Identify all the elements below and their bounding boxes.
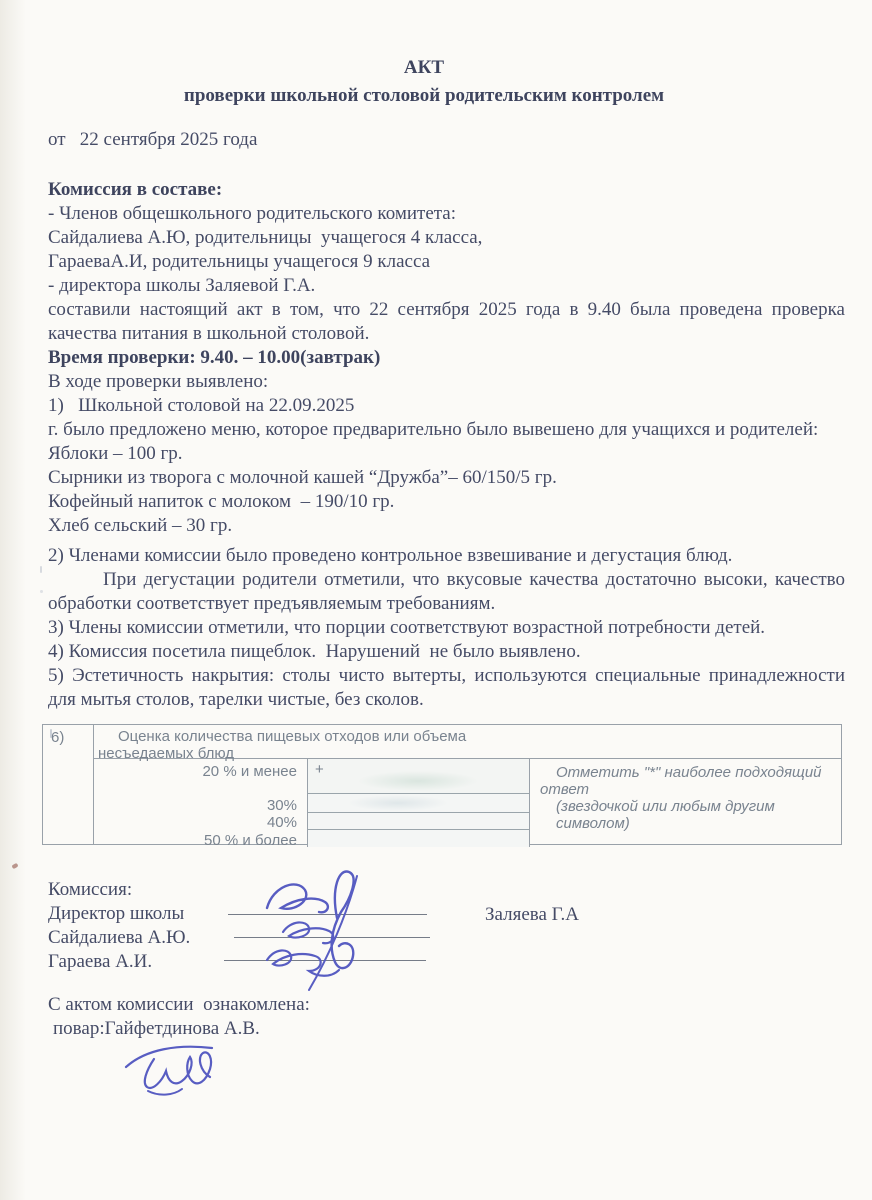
option-labels: 20 % и менее 30% 40% 50 % и более xyxy=(94,759,307,847)
option-label: 50 % и более xyxy=(94,830,297,847)
food-waste-table: 6) Оценка количества пищевых отходов или… xyxy=(42,724,842,845)
criterion-line-1: Оценка количества пищевых отходов или об… xyxy=(94,728,841,745)
finding-1-paragraph: г. было предложено меню, которое предвар… xyxy=(48,418,845,442)
cook-signature-ink xyxy=(118,1037,228,1101)
signer-role: Гараева А.И. xyxy=(48,950,845,974)
findings-heading: В ходе проверки выявлено: xyxy=(48,370,845,394)
option-mark-boxes: + xyxy=(307,759,530,847)
table-note: Отметить "*" наиболее подходящий ответ (… xyxy=(530,759,841,847)
signature-line xyxy=(228,914,427,915)
commission-member: Сайдалиева А.Ю, родительницы учащегося 4… xyxy=(48,226,845,250)
scan-artifact xyxy=(40,590,43,593)
scan-artifact xyxy=(11,863,18,869)
acknowledgement-block: С актом комиссии ознакомлена: повар:Гайф… xyxy=(48,993,845,1113)
document-title: АКТ xyxy=(48,56,800,80)
signature-line xyxy=(234,937,430,938)
commission-member: - директора школы Заляевой Г.А. xyxy=(48,274,845,298)
scanned-act-document: АКТ проверки школьной столовой родительс… xyxy=(0,0,872,1200)
note-line-1: Отметить "*" наиболее подходящий ответ xyxy=(540,764,835,798)
finding-3: 3) Члены комиссии отметили, что порции с… xyxy=(48,616,845,640)
signer-role: Сайдалиева А.Ю. xyxy=(48,926,845,950)
option-label: 40% xyxy=(94,813,297,830)
finding-1-title: 1) Школьной столовой на 22.09.2025 xyxy=(48,394,845,418)
menu-item: Сырники из творога с молочной кашей “Дру… xyxy=(48,466,845,490)
table-criterion: Оценка количества пищевых отходов или об… xyxy=(94,725,841,759)
option-label: 20 % и менее xyxy=(94,759,297,794)
director-name: Заляева Г.А xyxy=(485,903,579,927)
finding-2-paragraph: При дегустации родители отметили, что вк… xyxy=(48,568,845,616)
mark-cell: + xyxy=(308,759,529,794)
document-subtitle: проверки школьной столовой родительским … xyxy=(48,84,800,108)
commission-member: - Членов общешкольного родительского ком… xyxy=(48,202,845,226)
menu-item: Яблоки – 100 гр. xyxy=(48,442,845,466)
commission-signatures: Комиссия: Директор школы Сайдалиева А.Ю.… xyxy=(48,878,845,974)
finding-4: 4) Комиссия посетила пищеблок. Нарушений… xyxy=(48,640,845,664)
mark-cell xyxy=(308,830,529,847)
note-line-2: (звездочкой или любым другим символом) xyxy=(540,798,835,832)
finding-5: 5) Эстетичность накрытия: столы чисто вы… xyxy=(48,664,845,712)
signature-line xyxy=(224,960,426,961)
table-main-area: Оценка количества пищевых отходов или об… xyxy=(94,725,841,844)
table-row-number: 6) xyxy=(43,725,94,844)
menu-item: Кофейный напиток с молоком – 190/10 гр. xyxy=(48,490,845,514)
table-options-area: 20 % и менее 30% 40% 50 % и более + Отме… xyxy=(94,759,841,847)
cook-name-line: повар:Гайфетдинова А.В. xyxy=(48,1017,845,1041)
finding-2: 2) Членами комиссии было проведено контр… xyxy=(48,544,845,568)
scan-artifact xyxy=(40,566,42,573)
document-body: АКТ проверки школьной столовой родительс… xyxy=(48,50,845,1113)
option-label: 30% xyxy=(94,794,297,813)
commission-member: ГараеваА.И, родительницы учащегося 9 кла… xyxy=(48,250,845,274)
date-line: от 22 сентября 2025 года xyxy=(48,128,845,152)
commission-heading: Комиссия в составе: xyxy=(48,178,845,202)
mark-cell xyxy=(308,813,529,830)
signatures-heading: Комиссия: xyxy=(48,878,845,902)
act-statement: составили настоящий акт в том, что 22 се… xyxy=(48,298,845,346)
mark-cell xyxy=(308,794,529,813)
acknowledgement-line: С актом комиссии ознакомлена: xyxy=(48,993,845,1017)
signer-role: Директор школы xyxy=(48,902,845,926)
check-time-line: Время проверки: 9.40. – 10.00(завтрак) xyxy=(48,346,845,370)
menu-item: Хлеб сельский – 30 гр. xyxy=(48,514,845,538)
